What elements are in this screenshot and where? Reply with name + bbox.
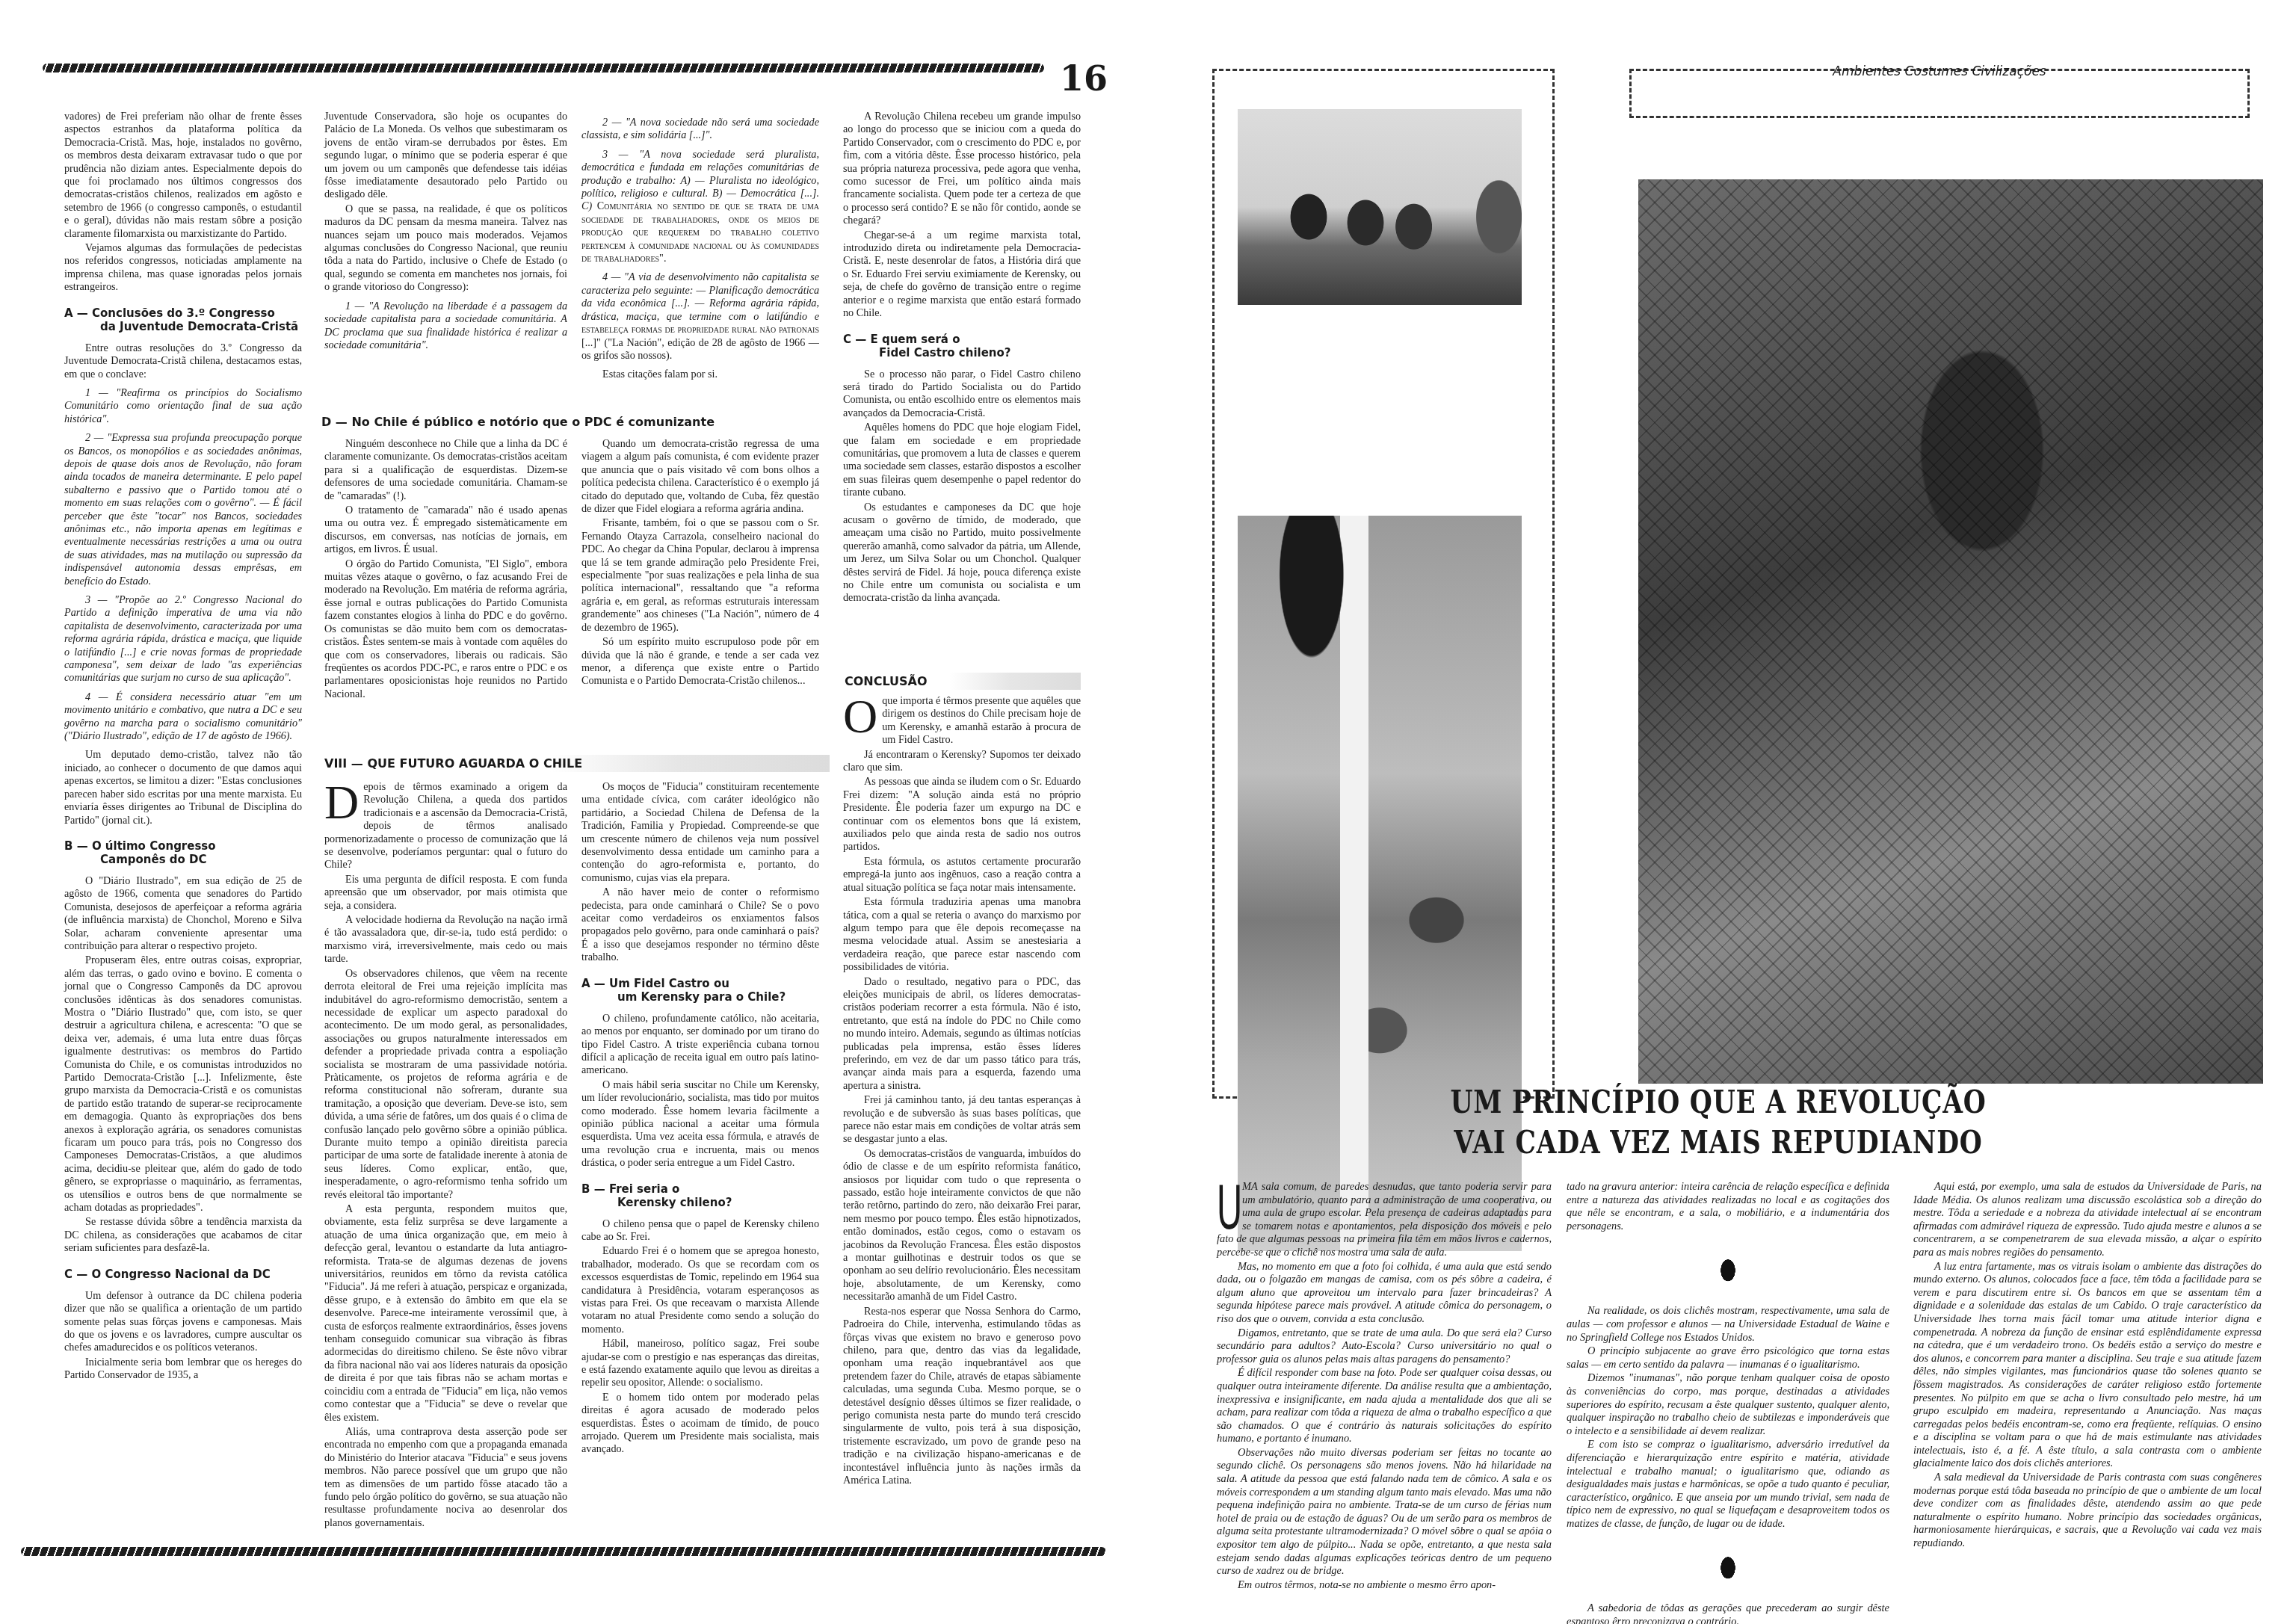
eagle-ornament-icon xyxy=(1718,1553,1738,1580)
classroom-photo-1 xyxy=(1238,109,1522,305)
quote: 2 — "Expressa sua profunda preocupação p… xyxy=(64,432,302,588)
page-number: 16 xyxy=(1060,58,1108,99)
bottom-rope-border xyxy=(21,1547,1106,1556)
left-column-2: Juventude Conservadora, são hoje os ocup… xyxy=(324,111,567,358)
quote: 1 — "Reafirma os princípios do Socialism… xyxy=(64,387,302,426)
paragraph: Observações não muito diversas poderiam … xyxy=(1217,1447,1552,1578)
paragraph: O chileno pensa que o papel de Kerensky … xyxy=(581,1218,819,1244)
paragraph: O tratamento de "camarada" não é usado a… xyxy=(324,504,567,557)
paragraph: O órgão do Partido Comunista, "El Siglo"… xyxy=(324,558,567,701)
section-viii-column-b: Os moços de "Fiducia" constituiram recen… xyxy=(581,781,819,1458)
paragraph: Esta fórmula traduziria apenas uma manob… xyxy=(843,896,1081,974)
left-column-3: 2 — "A nova sociedade não será uma socie… xyxy=(581,111,819,383)
paragraph: Quando um democrata-cristão regressa de … xyxy=(581,438,819,516)
top-rope-border xyxy=(43,64,1044,72)
paragraph: A sabedoria de tôdas as gerações que pre… xyxy=(1567,1602,1889,1624)
paragraph: As pessoas que ainda se iludem com o Sr.… xyxy=(843,776,1081,853)
section-viii-column-a: D epois de têrmos examinado a origem da … xyxy=(324,781,567,1531)
paragraph: Eis uma pergunta de difícil resposta. E … xyxy=(324,874,567,913)
paragraph: Só um espírito muito escrupuloso pode pô… xyxy=(581,636,819,688)
paragraph: Aquêles homens do PDC que hoje elogiam F… xyxy=(843,422,1081,499)
paragraph: A sala medieval da Universidade de Paris… xyxy=(1913,1472,2262,1551)
dropcap-o: O xyxy=(843,697,877,737)
conclusion-heading: CONCLUSÃO xyxy=(842,673,1081,690)
paragraph: Vejamos algumas das formulações de pedec… xyxy=(64,242,302,294)
section-heading-c: C — O Congresso Nacional da DC xyxy=(64,1268,302,1281)
paragraph: Os observadores chilenos, que vêem na re… xyxy=(324,968,567,1202)
paragraph: A Revolução Chilena recebeu um grande im… xyxy=(843,111,1081,228)
paragraph: A não haver meio de conter o reformismo … xyxy=(581,886,819,964)
paragraph: Um defensor à outrance da DC chilena pod… xyxy=(64,1290,302,1355)
paragraph: Ninguém desconhece no Chile que a linha … xyxy=(324,438,567,503)
paragraph: A velocidade hodierna da Revolução na na… xyxy=(324,914,567,966)
conclusion-column: O que importa é têrmos presente que aquê… xyxy=(843,695,1081,1489)
paragraph: Propuseram êles, entre outras coisas, ex… xyxy=(64,954,302,1214)
paragraph: Aqui está, por exemplo, uma sala de estu… xyxy=(1913,1181,2262,1260)
paragraph: Esta fórmula, os astutos certamente proc… xyxy=(843,856,1081,895)
paragraph: E o homem tido ontem por moderado pelas … xyxy=(581,1392,819,1457)
quote: 2 — "A nova sociedade não será uma socie… xyxy=(581,117,819,143)
paragraph: O princípio subjacente ao grave êrro psi… xyxy=(1567,1345,1889,1371)
paragraph: Inicialmente seria bom lembrar que os he… xyxy=(64,1356,302,1383)
paragraph: É difícil responder com base na foto. Po… xyxy=(1217,1367,1552,1446)
paragraph: Os estudantes e camponeses da DC que hoj… xyxy=(843,501,1081,605)
paragraph: Resta-nos esperar que Nossa Senhora do C… xyxy=(843,1306,1081,1488)
left-column-1: vadores) de Frei preferiam não olhar de … xyxy=(64,111,302,1384)
section-label: Ambientes Costumes Civilizações xyxy=(1629,64,2250,79)
paragraph: epois de têrmos examinado a origem da Re… xyxy=(324,781,567,872)
paragraph: A esta pergunta, respondem muitos que, o… xyxy=(324,1203,567,1424)
paragraph: O mais hábil seria suscitar no Chile um … xyxy=(581,1079,819,1170)
paragraph: O que se passa, na realidade, é que os p… xyxy=(324,203,567,294)
paragraph: que importa é têrmos presente que aquêle… xyxy=(843,695,1081,747)
section-heading-b: B — O último Congresso Camponês do DC xyxy=(64,839,302,866)
paragraph: A luz entra fartamente, mas os vitrais i… xyxy=(1913,1261,2262,1472)
paragraph: Chegar-se-á a um regime marxista total, … xyxy=(843,229,1081,321)
headline: UM PRINCÍPIO QUE A REVOLUÇÃO VAI CADA VE… xyxy=(1442,1082,1994,1163)
quote: 4 — "A via de desenvolvimento não capita… xyxy=(581,271,819,362)
paragraph: Mas, no momento em que a foto foi colhid… xyxy=(1217,1261,1552,1327)
paragraph: Se o processo não parar, o Fidel Castro … xyxy=(843,368,1081,421)
paragraph: Hábil, maneiroso, político sagaz, Frei s… xyxy=(581,1338,819,1390)
paragraph: O "Diário Ilustrado", em sua edição de 2… xyxy=(64,875,302,953)
paragraph: E com isto se compraz o igualitarismo, a… xyxy=(1567,1439,1889,1531)
section-d-column-a: Ninguém desconhece no Chile que a linha … xyxy=(324,438,567,703)
paragraph: Frisante, também, foi o que se passou co… xyxy=(581,517,819,635)
paragraph: vadores) de Frei preferiam não olhar de … xyxy=(64,111,302,241)
paragraph: Os democratas-cristãos de vanguarda, imb… xyxy=(843,1148,1081,1304)
paragraph: O chileno, profundamente católico, não a… xyxy=(581,1013,819,1078)
section-d-column-b: Quando um democrata-cristão regressa de … xyxy=(581,438,819,690)
right-column-3: Aqui está, por exemplo, uma sala de estu… xyxy=(1913,1181,2262,1552)
dropcap-d: D xyxy=(324,782,359,823)
paragraph: Dado o resultado, negativo para o PDC, d… xyxy=(843,976,1081,1093)
quote: 1 — "A Revolução na liberdade é a passag… xyxy=(324,300,567,353)
eagle-ornament-icon xyxy=(1718,1256,1738,1282)
quote: 3 — "Propõe ao 2.º Congresso Nacional do… xyxy=(64,594,302,685)
paragraph: Eduardo Frei é o homem que se apregoa ho… xyxy=(581,1245,819,1336)
quote: 4 — É considera necessário atuar "em um … xyxy=(64,691,302,744)
medieval-university-engraving xyxy=(1638,179,2263,1084)
paragraph: Estas citações falam por si. xyxy=(581,368,819,381)
paragraph: Frei já caminhou tanto, já deu tantas es… xyxy=(843,1094,1081,1146)
paragraph: Se restasse dúvida sôbre a tendência mar… xyxy=(64,1216,302,1255)
paragraph: tado na gravura anterior: inteira carênc… xyxy=(1567,1181,1889,1233)
paragraph: Entre outras resoluções do 3.º Congresso… xyxy=(64,342,302,381)
section-heading-fidel-kerensky: A — Um Fidel Castro ou um Kerensky para … xyxy=(581,977,819,1004)
paragraph: Na realidade, os dois clichês mostram, r… xyxy=(1567,1305,1889,1344)
section-heading-fidel-chileno: C — E quem será o Fidel Castro chileno? xyxy=(843,333,1081,359)
section-heading-a: A — Conclusões do 3.º Congresso da Juven… xyxy=(64,306,302,333)
paragraph: Aliás, uma contraprova desta asserção po… xyxy=(324,1426,567,1530)
left-column-4: A Revolução Chilena recebeu um grande im… xyxy=(843,111,1081,607)
paragraph: Os moços de "Fiducia" constituiram recen… xyxy=(581,781,819,885)
section-heading-frei-kerensky: B — Frei seria o Kerensky chileno? xyxy=(581,1182,819,1209)
paragraph: MA sala comum, de paredes desnudas, que … xyxy=(1217,1181,1552,1260)
dropcap-u: U xyxy=(1217,1181,1228,1233)
paragraph: Dizemos "inumanas", não porque tenham qu… xyxy=(1567,1372,1889,1438)
paragraph: Já encontraram o Kerensky? Supomos ter d… xyxy=(843,749,1081,775)
paragraph: Juventude Conservadora, são hoje os ocup… xyxy=(324,111,567,202)
paragraph: Em outros têrmos, nota-se no ambiente o … xyxy=(1217,1579,1552,1593)
right-column-1: U MA sala comum, de paredes desnudas, qu… xyxy=(1217,1181,1552,1593)
section-heading-viii: VIII — QUE FUTURO AGUARDA O CHILE xyxy=(321,755,830,772)
paragraph: Digamos, entretanto, que se trate de uma… xyxy=(1217,1327,1552,1367)
section-heading-d: D — No Chile é público e notório que o P… xyxy=(321,415,715,429)
paragraph: Um deputado demo-cristão, talvez não tão… xyxy=(64,749,302,827)
right-column-2: tado na gravura anterior: inteira carênc… xyxy=(1567,1181,1889,1624)
quote: 3 — "A nova sociedade será pluralista, d… xyxy=(581,149,819,266)
